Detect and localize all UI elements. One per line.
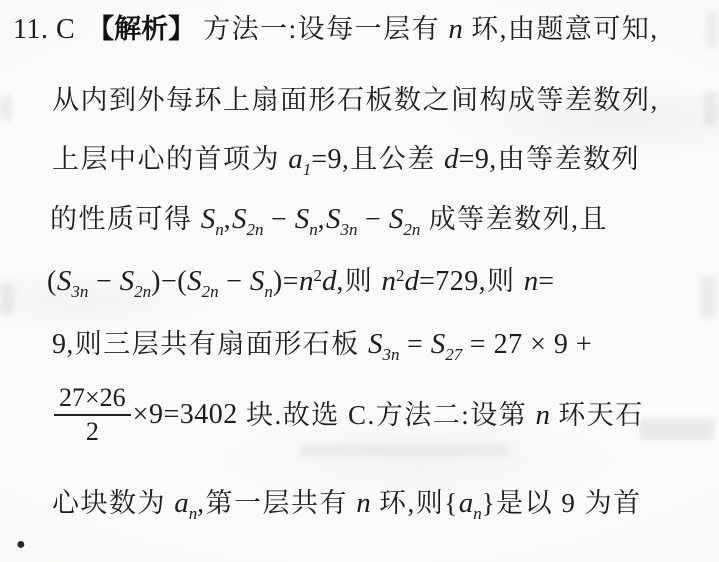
cjk-text-run: 方法一:设每一层有 <box>203 14 448 44</box>
cjk-text-run: , <box>318 204 326 234</box>
math-variable: S <box>201 203 216 235</box>
math-variable: S <box>187 265 202 297</box>
math-variable: n <box>536 398 551 432</box>
math-variable: S <box>250 265 265 297</box>
analysis-tag: 【解析】 <box>87 14 195 44</box>
math-subscript: 1 <box>303 160 312 179</box>
cjk-text-run: 环,由题意可知, <box>463 14 659 44</box>
math-subscript: n <box>473 504 482 523</box>
solution-line-6: 9,则三层共有扇面形石板 S3n = S27 = 27 × 9 + <box>52 327 592 365</box>
cjk-text-run: ,由等差数列 <box>489 144 640 174</box>
math-variable: S <box>368 328 383 360</box>
math-variable: S <box>295 203 310 235</box>
math-roman-run: )= <box>273 266 299 297</box>
fraction-numerator: 27×26 <box>54 383 131 416</box>
solution-line-5: (S3n − S2n)−(S2n − Sn)=n2d,则 n2d=729,则 n… <box>47 264 555 302</box>
fraction-denominator: 2 <box>86 416 99 447</box>
math-subscript: 2n <box>403 220 420 239</box>
math-roman-run: − <box>88 266 119 297</box>
math-variable: S <box>389 203 404 235</box>
math-variable: n <box>356 487 371 519</box>
math-variable: S <box>232 203 247 235</box>
cjk-text-run: 块.故选 C.方法二:设第 <box>238 398 536 432</box>
math-roman-run: )−( <box>151 266 187 297</box>
fraction: 27×262 <box>54 383 131 447</box>
math-roman-run: − <box>219 266 250 297</box>
solution-line-8: 心块数为 an,第一层共有 n 环,则{an}是以 9 为首 <box>52 486 642 524</box>
cjk-text-run: }是以 9 为首 <box>482 488 642 518</box>
bleed-through-mark <box>707 12 717 48</box>
math-superscript: 2 <box>396 266 405 285</box>
cjk-text-run: ,则 <box>479 266 524 296</box>
cjk-text-run: 成等差数列,且 <box>420 204 608 234</box>
math-subscript: 2n <box>134 282 151 301</box>
math-roman-run: = <box>400 329 431 360</box>
math-roman-run: ( <box>47 266 57 297</box>
math-roman-run: =9 <box>459 144 490 175</box>
math-variable: a <box>174 487 189 519</box>
math-variable: n <box>524 265 539 297</box>
cjk-text-run: 从内到外每环上扇面形石板数之间构成等差数列, <box>52 85 659 115</box>
math-subscript: 3n <box>341 220 358 239</box>
math-subscript: 3n <box>71 282 88 301</box>
bleed-through-mark <box>0 95 12 121</box>
cjk-text-run: 上层中心的首项为 <box>52 144 288 174</box>
math-roman-run: =729 <box>419 266 479 297</box>
solution-line-4: 的性质可得 Sn,S2n − Sn,S3n − S2n 成等差数列,且 <box>50 202 608 240</box>
solution-line-7: 27×262×9=3402 块.故选 C.方法二:设第 n 环天石 <box>54 383 644 447</box>
math-subscript: n <box>215 220 224 239</box>
math-variable: S <box>326 203 341 235</box>
ink-dot-mark: ● <box>16 536 26 554</box>
math-variable: a <box>288 143 303 175</box>
solution-line-1: 11. C【解析】方法一:设每一层有 n 环,由题意可知, <box>13 12 659 47</box>
math-roman-run: ×9=3402 <box>133 398 238 432</box>
math-subscript: n <box>309 220 318 239</box>
bleed-through-mark <box>704 92 717 126</box>
math-roman-run: = 27 × 9 + <box>462 329 592 360</box>
math-variable: S <box>431 328 446 360</box>
bleed-through-mark <box>700 276 716 318</box>
math-roman-run: =9 <box>311 144 342 175</box>
cjk-text-run: 环天石 <box>550 398 644 432</box>
math-subscript: 3n <box>383 345 400 364</box>
math-subscript: 2n <box>247 220 264 239</box>
bleed-through-mark <box>0 282 14 314</box>
math-roman-run: − <box>358 204 389 235</box>
cjk-text-run: ,第一层共有 <box>197 488 356 518</box>
math-roman-run: 9 <box>52 329 67 360</box>
math-variable: S <box>57 265 72 297</box>
cjk-text-run: ,则 <box>337 266 382 296</box>
math-subscript: n <box>189 504 198 523</box>
math-variable: S <box>120 265 135 297</box>
math-roman-run: = <box>538 266 554 297</box>
math-subscript: n <box>264 282 273 301</box>
math-variable: d <box>405 265 420 297</box>
cjk-text-run: 环,则{ <box>371 488 459 518</box>
math-variable: n <box>448 13 463 45</box>
math-variable: d <box>444 143 459 175</box>
math-variable: a <box>459 487 474 519</box>
cjk-text-run: 心块数为 <box>52 488 174 518</box>
bleed-through-mark <box>640 418 714 440</box>
solution-line-2: 从内到外每环上扇面形石板数之间构成等差数列, <box>52 83 659 118</box>
cjk-text-run: ,且公差 <box>342 144 444 174</box>
math-variable: n <box>382 265 397 297</box>
cjk-text-run: , <box>224 204 232 234</box>
math-subscript: 2n <box>202 282 219 301</box>
solution-line-3: 上层中心的首项为 a1=9,且公差 d=9,由等差数列 <box>52 142 640 180</box>
cjk-text-run: ,则三层共有扇面形石板 <box>67 329 369 359</box>
math-variable: d <box>322 265 337 297</box>
math-superscript: 2 <box>314 266 323 285</box>
math-roman-run: 11. C <box>13 14 75 45</box>
math-subscript: 27 <box>445 345 462 364</box>
math-variable: n <box>299 265 314 297</box>
math-roman-run: − <box>264 204 295 235</box>
scanned-solution-page: 11. C【解析】方法一:设每一层有 n 环,由题意可知, 从内到外每环上扇面形… <box>0 0 719 562</box>
cjk-text-run: 的性质可得 <box>50 204 201 234</box>
